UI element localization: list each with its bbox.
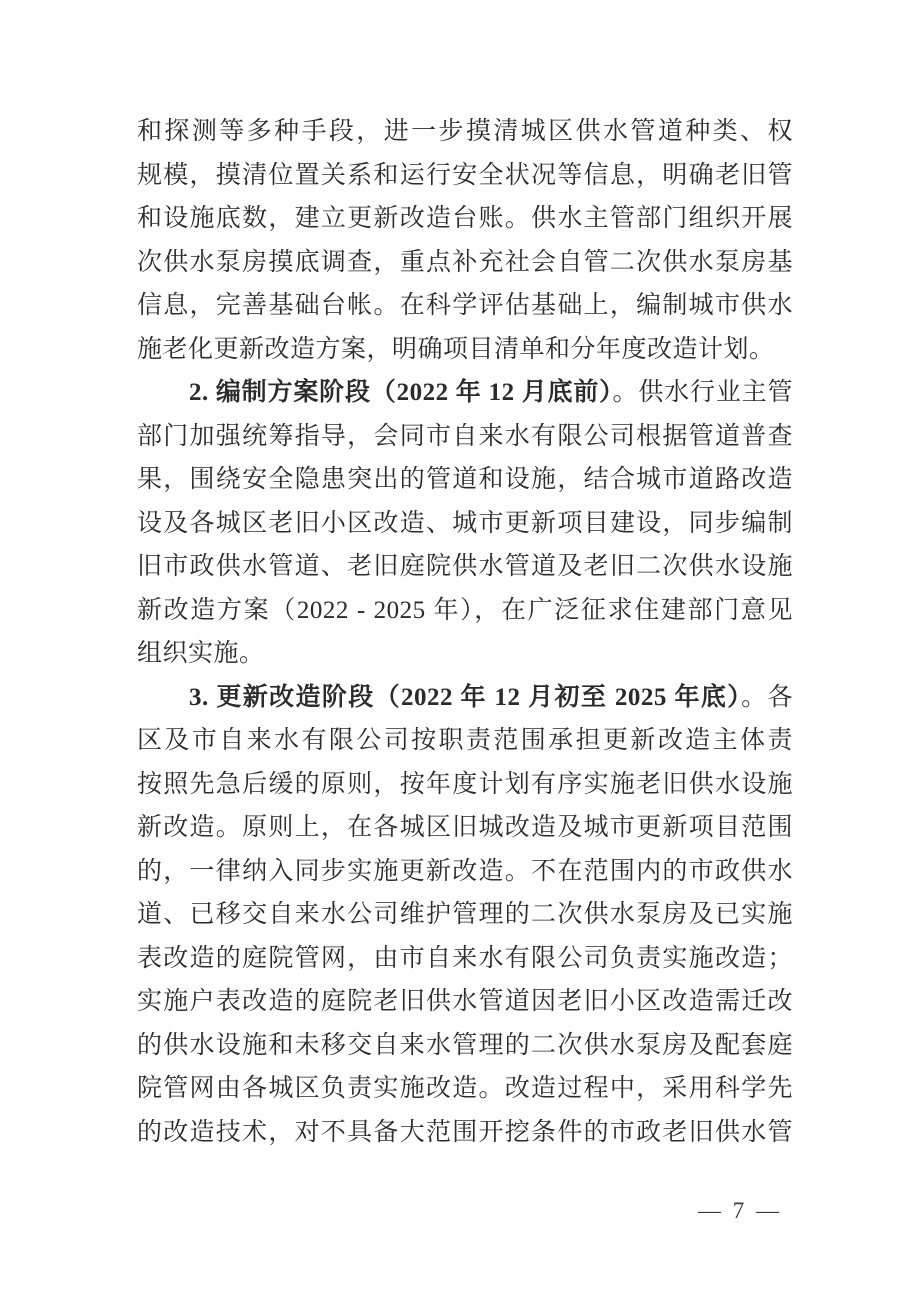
text-line: 实施户表改造的庭院老旧供水管道因老旧小区改造需迁改: [137, 980, 793, 1024]
text-line: 次供水泵房摸底调查，重点补充社会自管二次供水泵房基础: [137, 241, 793, 285]
text-line: 和探测等多种手段，进一步摸清城区供水管道种类、权属、: [137, 110, 793, 154]
section-2-heading: 2. 编制方案阶段（2022 年 12 月底前）: [189, 379, 613, 406]
text-line: 果，围绕安全隐患突出的管道和设施，结合城市道路改造建: [137, 458, 793, 502]
text-line: 按照先急后缓的原则，按年度计划有序实施老旧供水设施更: [137, 763, 793, 807]
text-line: 的，一律纳入同步实施更新改造。不在范围内的市政供水管: [137, 850, 793, 894]
text-line: 新改造方案（2022 - 2025 年），在广泛征求住建部门意见后: [137, 589, 793, 633]
text-line-paragraph-end: 施老化更新改造方案，明确项目清单和分年度改造计划。: [137, 328, 793, 372]
section-3-heading-line: 3. 更新改造阶段（2022 年 12 月初至 2025 年底）。各城: [137, 676, 793, 720]
text-line: 的供水设施和未移交自来水管理的二次供水泵房及配套庭: [137, 1024, 793, 1068]
document-body: 和探测等多种手段，进一步摸清城区供水管道种类、权属、 规模，摸清位置关系和运行安…: [137, 110, 793, 1154]
text-line: 设及各城区老旧小区改造、城市更新项目建设，同步编制老: [137, 502, 793, 546]
text-line: 信息，完善基础台帐。在科学评估基础上，编制城市供水设: [137, 284, 793, 328]
text-line: 。供水行业主管: [613, 379, 793, 406]
text-line: 表改造的庭院管网，由市自来水有限公司负责实施改造；未: [137, 937, 793, 981]
document-page: 和探测等多种手段，进一步摸清城区供水管道种类、权属、 规模，摸清位置关系和运行安…: [0, 0, 920, 1300]
text-line: 的改造技术，对不具备大范围开挖条件的市政老旧供水管: [137, 1111, 793, 1155]
text-line: 旧市政供水管道、老旧庭院供水管道及老旧二次供水设施更: [137, 545, 793, 589]
text-line: 新改造。原则上，在各城区旧城改造及城市更新项目范围内: [137, 806, 793, 850]
text-line: 院管网由各城区负责实施改造。改造过程中，采用科学先进: [137, 1067, 793, 1111]
text-line: 道、已移交自来水公司维护管理的二次供水泵房及已实施户: [137, 893, 793, 937]
text-line: 区及市自来水有限公司按职责范围承担更新改造主体责任，: [137, 719, 793, 763]
section-3-heading: 3. 更新改造阶段（2022 年 12 月初至 2025 年底）: [189, 684, 741, 711]
page-number: — 7 —: [698, 1198, 782, 1224]
text-line-paragraph-end: 组织实施。: [137, 632, 793, 676]
text-line: 规模，摸清位置关系和运行安全状况等信息，明确老旧管道: [137, 154, 793, 198]
text-line: 和设施底数，建立更新改造台账。供水主管部门组织开展二: [137, 197, 793, 241]
text-line: 部门加强统筹指导，会同市自来水有限公司根据管道普查成: [137, 415, 793, 459]
section-2-heading-line: 2. 编制方案阶段（2022 年 12 月底前）。供水行业主管: [137, 371, 793, 415]
